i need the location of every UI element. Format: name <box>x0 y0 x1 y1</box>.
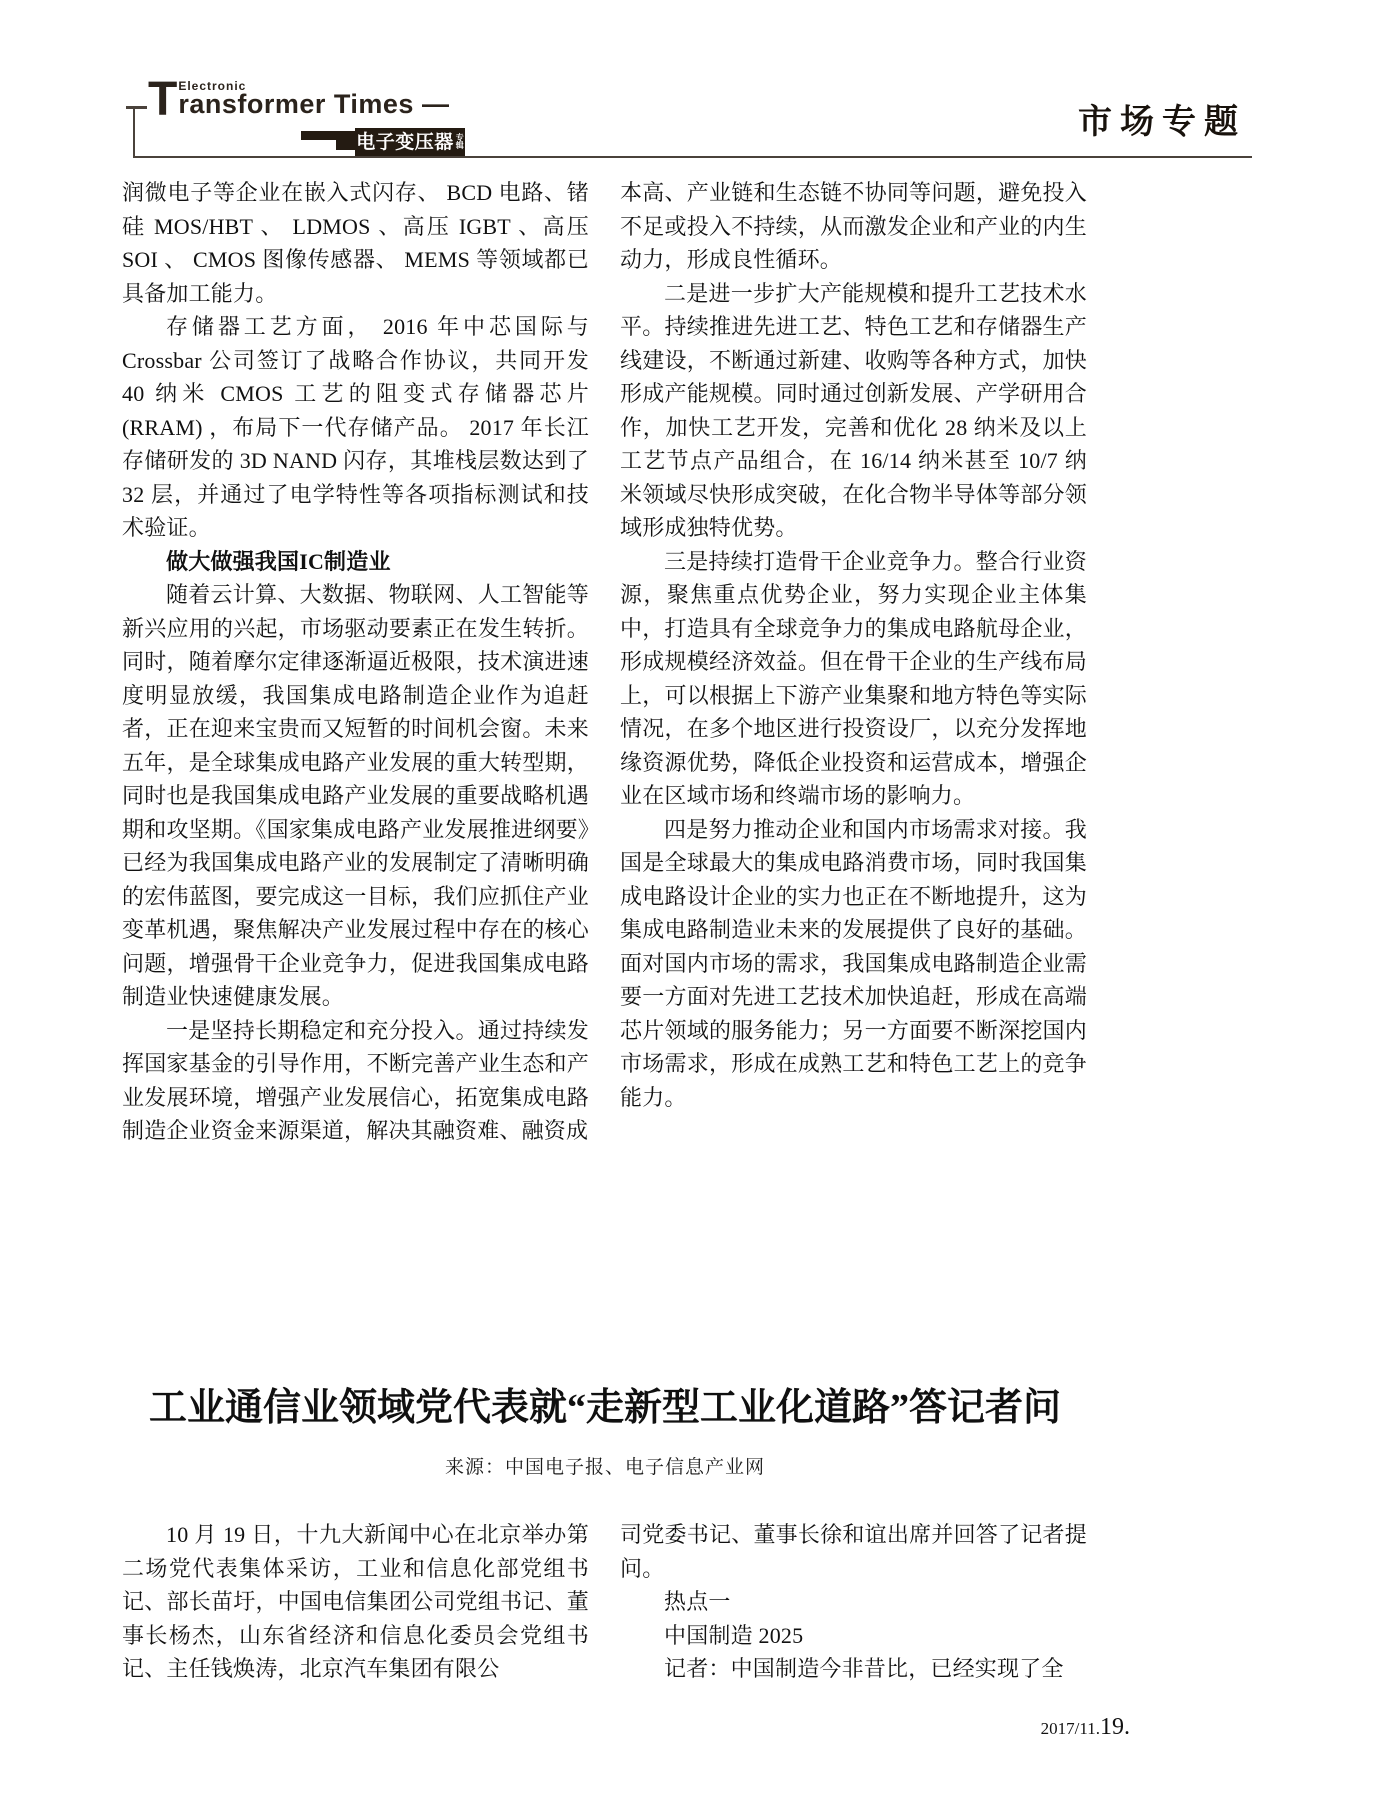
magazine-page: T Electronic ransformer Times — 电子变压器 专 … <box>0 0 1380 1820</box>
paragraph: 二是进一步扩大产能规模和提升工艺技术水平。持续推进先进工艺、特色工艺和存储器生产… <box>620 277 1087 545</box>
masthead-text-block: Electronic ransformer Times — <box>178 80 449 117</box>
article1-left-column: 润微电子等企业在嵌入式闪存、 BCD 电路、锗硅 MOS/HBT 、 LDMOS… <box>122 176 589 1148</box>
header-divider-rule <box>133 156 1252 158</box>
footer-page-number: 19 <box>1100 1714 1124 1741</box>
masthead-corner-line <box>133 106 135 157</box>
masthead-initial: T <box>148 83 177 117</box>
article2-left-column: 10 月 19 日，十九大新闻中心在北京举办第二场党代表集体采访，工业和信息化部… <box>122 1518 589 1686</box>
masthead-dash: — <box>422 89 450 119</box>
badge-subscript-char: 辑 <box>456 142 464 150</box>
article2-headline: 工业通信业领域党代表就“走新型工业化道路”答记者问 <box>122 1376 1088 1431</box>
article1-columns: 润微电子等企业在嵌入式闪存、 BCD 电路、锗硅 MOS/HBT 、 LDMOS… <box>122 176 1088 1148</box>
article2-source-line: 来源：中国电子报、电子信息产业网 <box>122 1452 1088 1479</box>
masthead-title: ransformer Times — <box>178 92 449 117</box>
masthead-logo: T Electronic ransformer Times — <box>148 80 449 117</box>
footer-date: 2017/11. <box>1041 1719 1100 1739</box>
paragraph: 一是坚持长期稳定和充分投入。通过持续发挥国家基金的引导作用，不断完善产业生态和产… <box>122 1014 589 1148</box>
badge-subscript: 专 辑 <box>456 134 464 150</box>
paragraph: 本高、产业链和生态链不协同等问题，避免投入不足或投入不持续，从而激发企业和产业的… <box>620 176 1087 277</box>
paragraph: 随着云计算、大数据、物联网、人工智能等新兴应用的兴起，市场驱动要素正在发生转折。… <box>122 578 589 1014</box>
article2-columns: 10 月 19 日，十九大新闻中心在北京举办第二场党代表集体采访，工业和信息化部… <box>122 1518 1088 1686</box>
paragraph: 三是持续打造骨干企业竞争力。整合行业资源，聚焦重点优势企业，努力实现企业主体集中… <box>620 545 1087 813</box>
subheading: 做大做强我国IC制造业 <box>122 545 589 579</box>
article1-right-column: 本高、产业链和生态链不协同等问题，避免投入不足或投入不持续，从而激发企业和产业的… <box>620 176 1087 1148</box>
paragraph: 10 月 19 日，十九大新闻中心在北京举办第二场党代表集体采访，工业和信息化部… <box>122 1518 589 1686</box>
hot-topic-label: 热点一 <box>620 1585 1087 1619</box>
footer-period: . <box>1124 1714 1130 1741</box>
paragraph: 记者：中国制造今非昔比，已经实现了全 <box>620 1652 1087 1686</box>
badge-label: 电子变压器 <box>356 133 454 152</box>
badge-step-decoration <box>301 131 339 140</box>
article2-right-column: 司党委书记、董事长徐和谊出席并回答了记者提问。 热点一 中国制造 2025 记者… <box>620 1518 1087 1686</box>
paragraph: 司党委书记、董事长徐和谊出席并回答了记者提问。 <box>620 1518 1087 1585</box>
masthead-title-text: ransformer Times <box>178 89 414 119</box>
magazine-badge: 电子变压器 专 辑 <box>355 128 465 156</box>
paragraph: 润微电子等企业在嵌入式闪存、 BCD 电路、锗硅 MOS/HBT 、 LDMOS… <box>122 176 589 310</box>
paragraph: 四是努力推动企业和国内市场需求对接。我国是全球最大的集成电路消费市场，同时我国集… <box>620 813 1087 1115</box>
paragraph: 存储器工艺方面， 2016 年中芯国际与 Crossbar 公司签订了战略合作协… <box>122 310 589 545</box>
page-footer: 2017/11. 19 . <box>1041 1714 1130 1741</box>
section-title: 市场专题 <box>1078 94 1246 143</box>
masthead-corner-dash <box>126 106 147 109</box>
hot-topic-title: 中国制造 2025 <box>620 1619 1087 1653</box>
